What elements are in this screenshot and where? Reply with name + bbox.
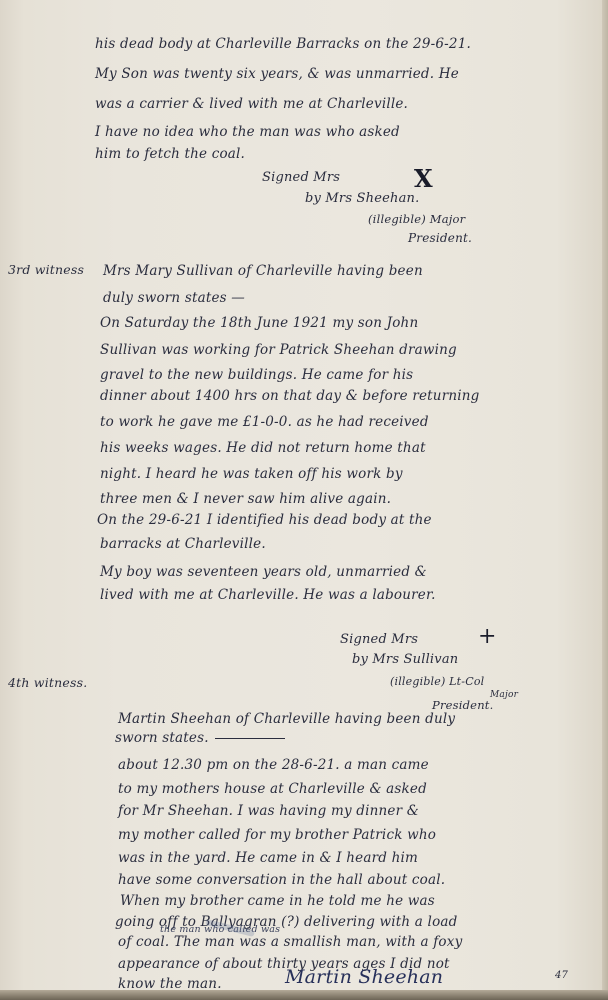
statement-line: three men & I never saw him alive again. (100, 491, 391, 507)
statement-line: barracks at Charleville. (100, 536, 266, 552)
statement-line: gravel to the new buildings. He came for… (100, 367, 413, 383)
page-bottom-edge (0, 990, 608, 1000)
statement-line: On the 29-6-21 I identified his dead bod… (97, 512, 432, 528)
statement-line-sworn: sworn states. (115, 730, 285, 746)
statement-line: Sullivan was working for Patrick Sheehan… (100, 342, 457, 358)
statement-line: My boy was seventeen years old, unmarrie… (100, 564, 427, 580)
statement-line: to work he gave me £1-0-0. as he had rec… (100, 414, 429, 430)
dash-divider (215, 738, 285, 739)
witness-signature: Martin Sheehan (285, 966, 443, 988)
signature-x-mark-icon: X (414, 164, 433, 193)
statement-line: lived with me at Charleville. He was a l… (100, 587, 436, 603)
statement-line-sworn: duly sworn states — (103, 290, 245, 306)
page-number: 47 (555, 970, 568, 981)
statement-line: When my brother came in he told me he wa… (120, 893, 435, 909)
statement-line: have some conversation in the hall about… (118, 872, 445, 888)
sworn-text: duly sworn states — (103, 290, 245, 306)
statement-line: his weeks wages. He did not return home … (100, 440, 426, 456)
statement-line: dinner about 1400 hrs on that day & befo… (100, 388, 480, 404)
statement-line: his dead body at Charleville Barracks on… (95, 36, 471, 52)
signature-officer: (illegible) Lt-Col (390, 675, 484, 688)
statement-line: to my mothers house at Charleville & ask… (118, 781, 427, 797)
statement-line: for Mr Sheehan. I was having my dinner & (118, 803, 419, 819)
statement-line: night. I heard he was taken off his work… (100, 466, 403, 482)
statement-line: was in the yard. He came in & I heard hi… (118, 850, 418, 866)
document-page: his dead body at Charleville Barracks on… (0, 0, 604, 992)
signature-signed-label: Signed Mrs (340, 632, 418, 647)
signature-officer: (illegible) Major (368, 212, 465, 226)
signature-president: President. (408, 231, 472, 245)
signature-officer-rank: Major (490, 690, 518, 700)
statement-line: My Son was twenty six years, & was unmar… (95, 66, 459, 82)
sworn-text: sworn states. (115, 730, 209, 746)
signature-by-line: by Mrs Sullivan (352, 652, 458, 667)
witness-label-4: 4th witness. (8, 675, 87, 690)
signature-by-line: by Mrs Sheehan. (305, 191, 419, 206)
signature-signed-label: Signed Mrs (262, 170, 340, 185)
signature-president: President. (432, 698, 493, 712)
statement-line: of coal. The man was a smallish man, wit… (118, 934, 462, 950)
statement-line: was a carrier & lived with me at Charlev… (95, 96, 408, 112)
statement-line: my mother called for my brother Patrick … (118, 827, 436, 843)
statement-line: On Saturday the 18th June 1921 my son Jo… (100, 315, 418, 331)
statement-line: I have no idea who the man was who asked (95, 124, 400, 140)
statement-line: Martin Sheehan of Charleville having bee… (118, 711, 455, 727)
witness-label-3: 3rd witness (8, 262, 84, 277)
statement-line: Mrs Mary Sullivan of Charleville having … (103, 263, 423, 279)
statement-line: him to fetch the coal. (95, 146, 245, 162)
statement-line: about 12.30 pm on the 28-6-21. a man cam… (118, 757, 429, 773)
signature-cross-mark-icon: + (478, 624, 496, 649)
